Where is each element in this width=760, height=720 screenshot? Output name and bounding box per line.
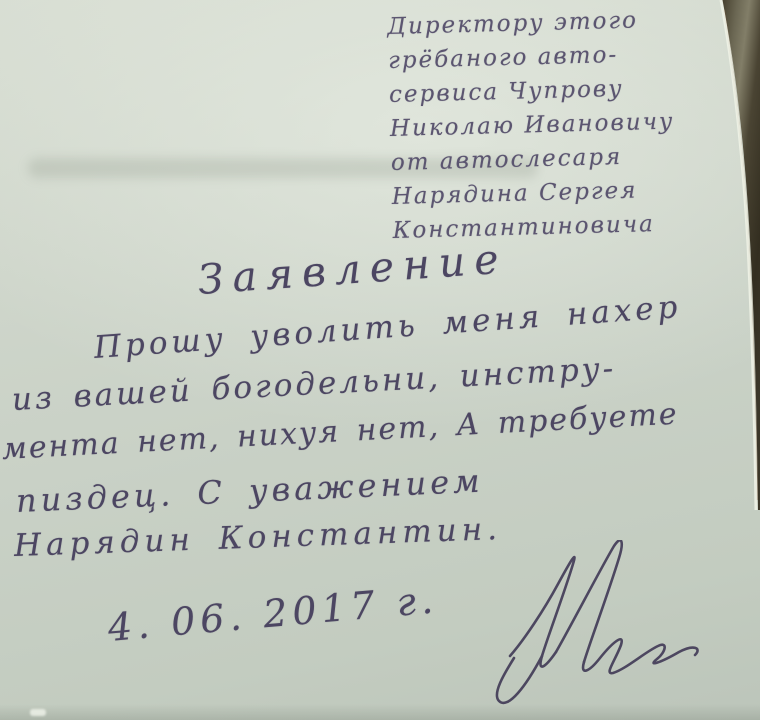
letter-date: 4. 06. 2017 г.	[106, 577, 439, 650]
desk-corner	[665, 0, 760, 520]
letter-header: Директору этого грёбаного авто- сервиса …	[387, 3, 678, 248]
body-line: пиздец. С уважением	[15, 462, 484, 520]
body-line: Нарядин Константин.	[13, 511, 502, 564]
bottom-shadow	[0, 704, 760, 720]
signature-scribble	[452, 540, 722, 720]
paper-speck	[30, 709, 46, 716]
photo-of-letter: Директору этого грёбаного авто- сервиса …	[0, 0, 760, 720]
letter-title: Заявление	[196, 234, 509, 304]
